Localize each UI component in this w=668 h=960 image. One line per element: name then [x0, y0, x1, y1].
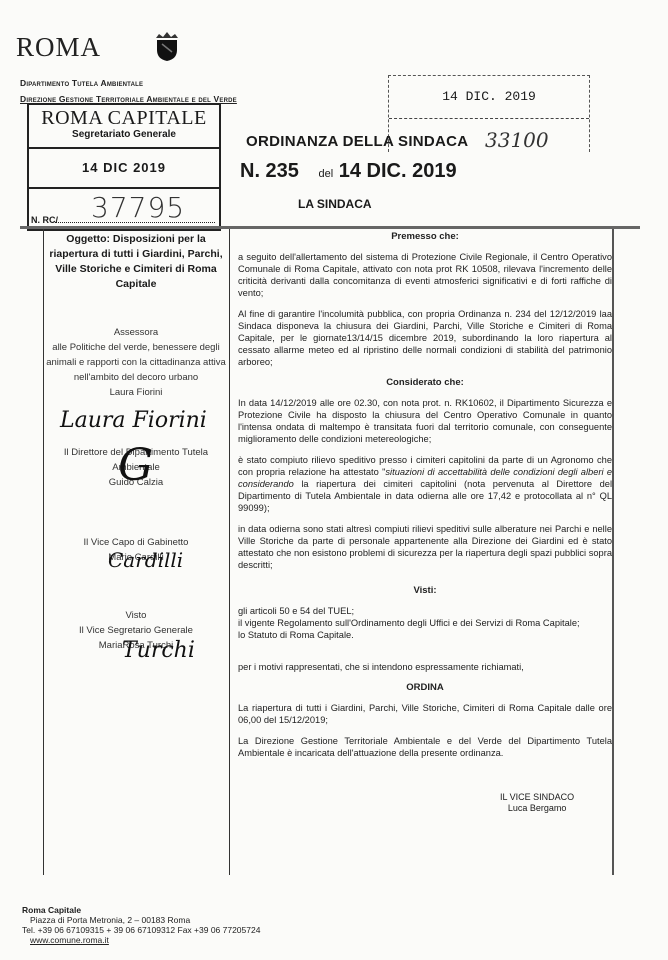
- ordinance-number: N. 235: [240, 160, 299, 182]
- ordina-item: La Direzione Gestione Territoriale Ambie…: [238, 735, 612, 759]
- date-stamp-date: 14 DIC. 2019: [389, 76, 589, 119]
- issuer: LA SINDACA: [298, 197, 372, 211]
- paragraph: Al fine di garantire l'incolumità pubbli…: [238, 308, 612, 368]
- subject: Oggetto: Disposizioni per la riapertura …: [45, 232, 227, 292]
- ordina-heading: ORDINA: [238, 682, 612, 694]
- footer-name: Roma Capitale: [22, 905, 260, 915]
- paragraph: in data odierna sono stati altresì compi…: [238, 523, 612, 571]
- stamp-title: ROMA CAPITALE: [29, 105, 219, 129]
- handwritten-number: 33100: [485, 128, 549, 152]
- ordinance-date: 14 DIC. 2019: [339, 160, 457, 182]
- signature-calzia: G: [118, 440, 153, 491]
- ordinance-number-line: N. 235 del 14 DIC. 2019: [240, 160, 457, 183]
- signer-role: Assessora: [45, 325, 227, 340]
- visti-item: gli articoli 50 e 54 del TUEL;: [238, 605, 612, 617]
- considerato-heading: Considerato che:: [238, 377, 612, 389]
- signer-desc: Il Vice Segretario Generale: [45, 623, 227, 638]
- department-name: Dipartimento Tutela Ambientale: [20, 78, 143, 88]
- paragraph: In data 14/12/2019 alle ore 02.30, con n…: [238, 397, 612, 445]
- signer-role: Visto: [45, 608, 227, 623]
- signoff-title: IL VICE SINDACO: [500, 792, 574, 803]
- signoff: IL VICE SINDACO Luca Bergamo: [500, 792, 574, 814]
- footer: Roma Capitale Piazza di Porta Metronia, …: [22, 905, 260, 945]
- ordinance-date-label: del: [319, 168, 334, 180]
- visti-heading: Visti:: [238, 585, 612, 597]
- visti-item: il vigente Regolamento sull'Ordinamento …: [238, 617, 612, 629]
- stamp-subtitle: Segretariato Generale: [29, 129, 219, 140]
- motivi: per i motivi rappresentati, che si inten…: [238, 661, 612, 673]
- premesso-heading: Premesso che:: [238, 231, 612, 243]
- signer-assessora: Assessora alle Politiche del verde, bene…: [45, 325, 227, 400]
- roma-logo-text: ROMA: [16, 32, 101, 63]
- paragraph: a seguito dell'allertamento del sistema …: [238, 251, 612, 299]
- ordinance-body: Premesso che: a seguito dell'allertament…: [238, 231, 612, 768]
- footer-phone: Tel. +39 06 67109315 + 39 06 67109312 Fa…: [22, 925, 260, 935]
- signer-desc: alle Politiche del verde, benessere degl…: [45, 340, 227, 385]
- rc-number: 37795: [91, 191, 185, 224]
- footer-website-link[interactable]: www.comune.roma.it: [22, 935, 109, 945]
- paragraph-agronomo: è stato compiuto rilievo speditivo press…: [238, 454, 612, 514]
- ordina-item: La riapertura di tutti i Giardini, Parch…: [238, 702, 612, 726]
- signer-name: Laura Fiorini: [45, 385, 227, 400]
- signature-fiorini: Laura Fiorini: [60, 408, 207, 433]
- roma-crest-icon: [153, 30, 181, 62]
- stamp-date: 14 DIC 2019: [29, 149, 219, 189]
- signature-turchi: Turchi: [122, 638, 195, 663]
- signature-cardilli: Cardilli: [108, 548, 183, 572]
- signoff-name: Luca Bergamo: [500, 803, 574, 814]
- visti-item: lo Statuto di Roma Capitale.: [238, 629, 612, 641]
- right-border: [612, 229, 614, 875]
- ordinance-title: ORDINANZA DELLA SINDACA: [246, 133, 468, 150]
- protocol-stamp: ROMA CAPITALE Segretariato Generale 14 D…: [27, 103, 221, 231]
- footer-address: Piazza di Porta Metronia, 2 – 00183 Roma: [22, 915, 260, 925]
- rc-label: N. RC/: [31, 215, 58, 225]
